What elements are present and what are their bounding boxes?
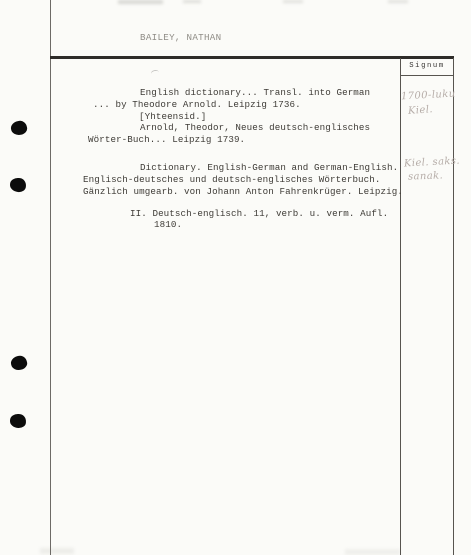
signum-header-underline <box>400 75 454 76</box>
entry-line: II. Deutsch-englisch. 11, verb. u. verm.… <box>130 209 388 219</box>
scan-smudge <box>118 0 163 4</box>
entry-line: Arnold, Theodor, Neues deutsch-englische… <box>140 123 370 133</box>
left-margin-rule <box>50 0 51 555</box>
punch-hole <box>9 177 26 193</box>
scan-smudge <box>183 0 201 3</box>
entry-line: English dictionary... Transl. into Germa… <box>140 88 370 98</box>
entry-line: Gänzlich umgearb. von Johann Anton Fahre… <box>83 187 403 197</box>
entry-line: 1810. <box>154 220 182 230</box>
scan-smudge <box>345 549 400 555</box>
signum-column-right-rule <box>453 58 454 555</box>
entry-line: [Yhteensid.] <box>139 112 206 122</box>
punch-hole <box>10 354 29 371</box>
signum-note-shelf: Kiel. saks. <box>404 156 461 170</box>
scan-smudge <box>40 548 74 554</box>
pencil-tick-mark <box>150 69 159 77</box>
signum-note-era: 1700-luku <box>401 89 456 103</box>
signum-note-shelf-2: sanak. <box>408 170 444 182</box>
scan-smudge <box>388 0 408 3</box>
header-divider-rule <box>50 56 454 59</box>
entry-line: ... by Theodore Arnold. Leipzig 1736. <box>93 100 301 110</box>
card-heading: BAILEY, NATHAN <box>140 32 221 43</box>
scan-smudge <box>283 0 303 3</box>
punch-hole <box>10 413 27 428</box>
signum-note-era-2: Kiel. <box>408 104 434 117</box>
catalog-card-scan: BAILEY, NATHAN Signum 1700-luku Kiel. Ki… <box>0 0 471 555</box>
signum-column-header: Signum <box>400 62 454 70</box>
signum-column-left-rule <box>400 58 401 555</box>
entry-line: Englisch-deutsches und deutsch-englische… <box>83 175 381 185</box>
punch-hole <box>10 120 28 137</box>
entry-line: Dictionary. English-German and German-En… <box>140 163 398 173</box>
entry-line: Wörter-Buch... Leipzig 1739. <box>88 135 245 145</box>
